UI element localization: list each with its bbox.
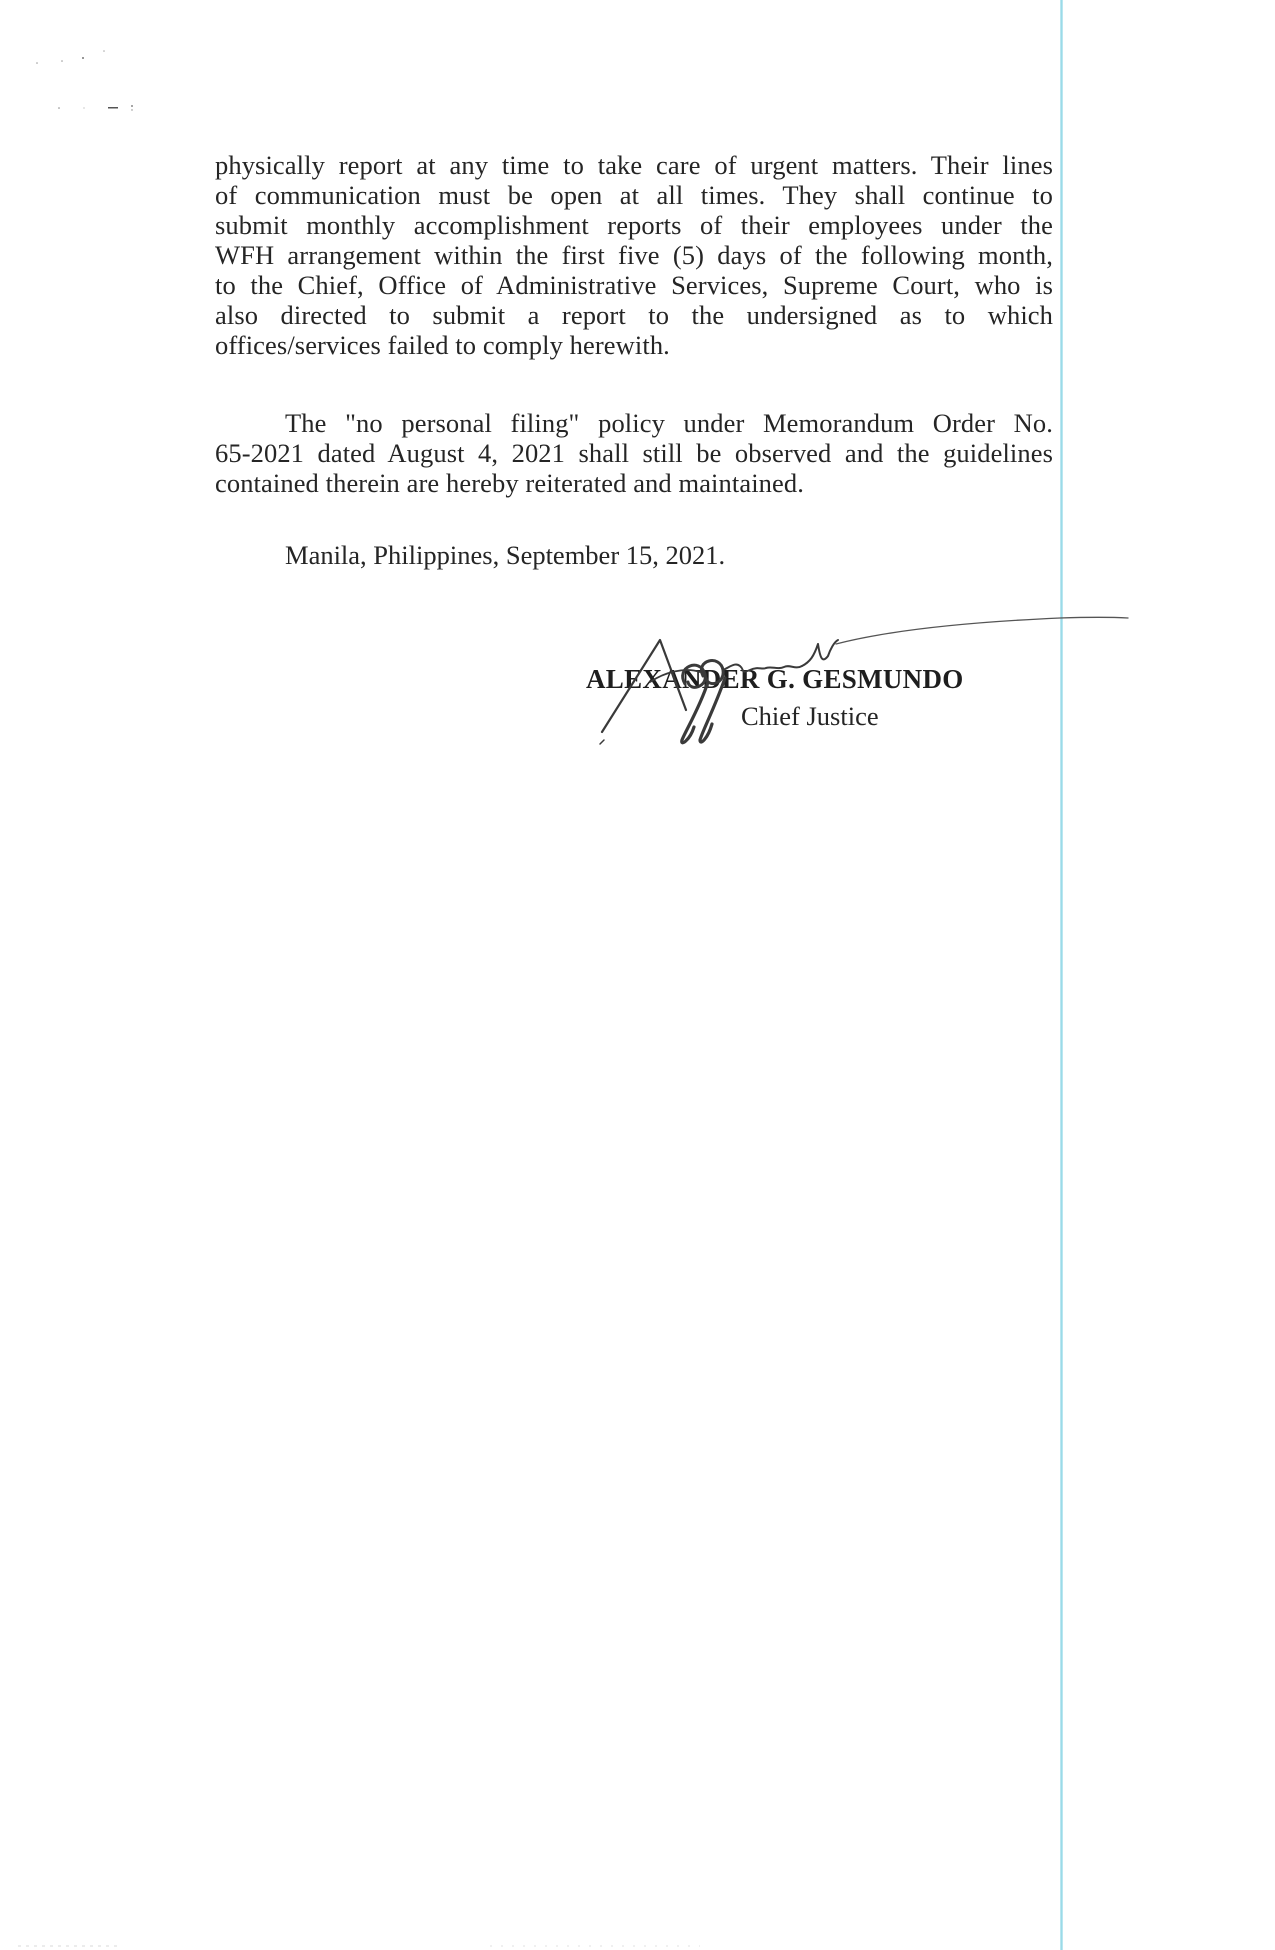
paragraph-work-from-home: physically report at any time to take ca… [215,150,1053,360]
text-line: contained therein are hereby reiterated … [215,468,1053,498]
document-page: physically report at any time to take ca… [0,0,1275,1950]
text-line: of communication must be open at all tim… [215,180,1053,210]
text-line: The "no personal filing" policy under Me… [215,408,1053,438]
text-line: to the Chief, Office of Administrative S… [215,270,1053,300]
place-and-date: Manila, Philippines, September 15, 2021. [285,540,725,570]
text-line: submit monthly accomplishment reports of… [215,210,1053,240]
text-line: 65-2021 dated August 4, 2021 shall still… [215,438,1053,468]
text-line: physically report at any time to take ca… [215,150,1053,180]
scanner-edge-line [1060,0,1063,1950]
scan-bottom-artifacts [0,1940,1275,1950]
scan-artifact-marks [0,0,200,130]
text-line: offices/services failed to comply herewi… [215,330,1053,360]
signatory-title: Chief Justice [741,701,879,732]
signature-block: ALEXANDER G. GESMUNDO Chief Justice [586,664,1046,694]
signatory-name: ALEXANDER G. GESMUNDO [586,664,1046,694]
text-line: WFH arrangement within the first five (5… [215,240,1053,270]
paragraph-no-personal-filing: The "no personal filing" policy under Me… [215,408,1053,498]
text-line: also directed to submit a report to the … [215,300,1053,330]
